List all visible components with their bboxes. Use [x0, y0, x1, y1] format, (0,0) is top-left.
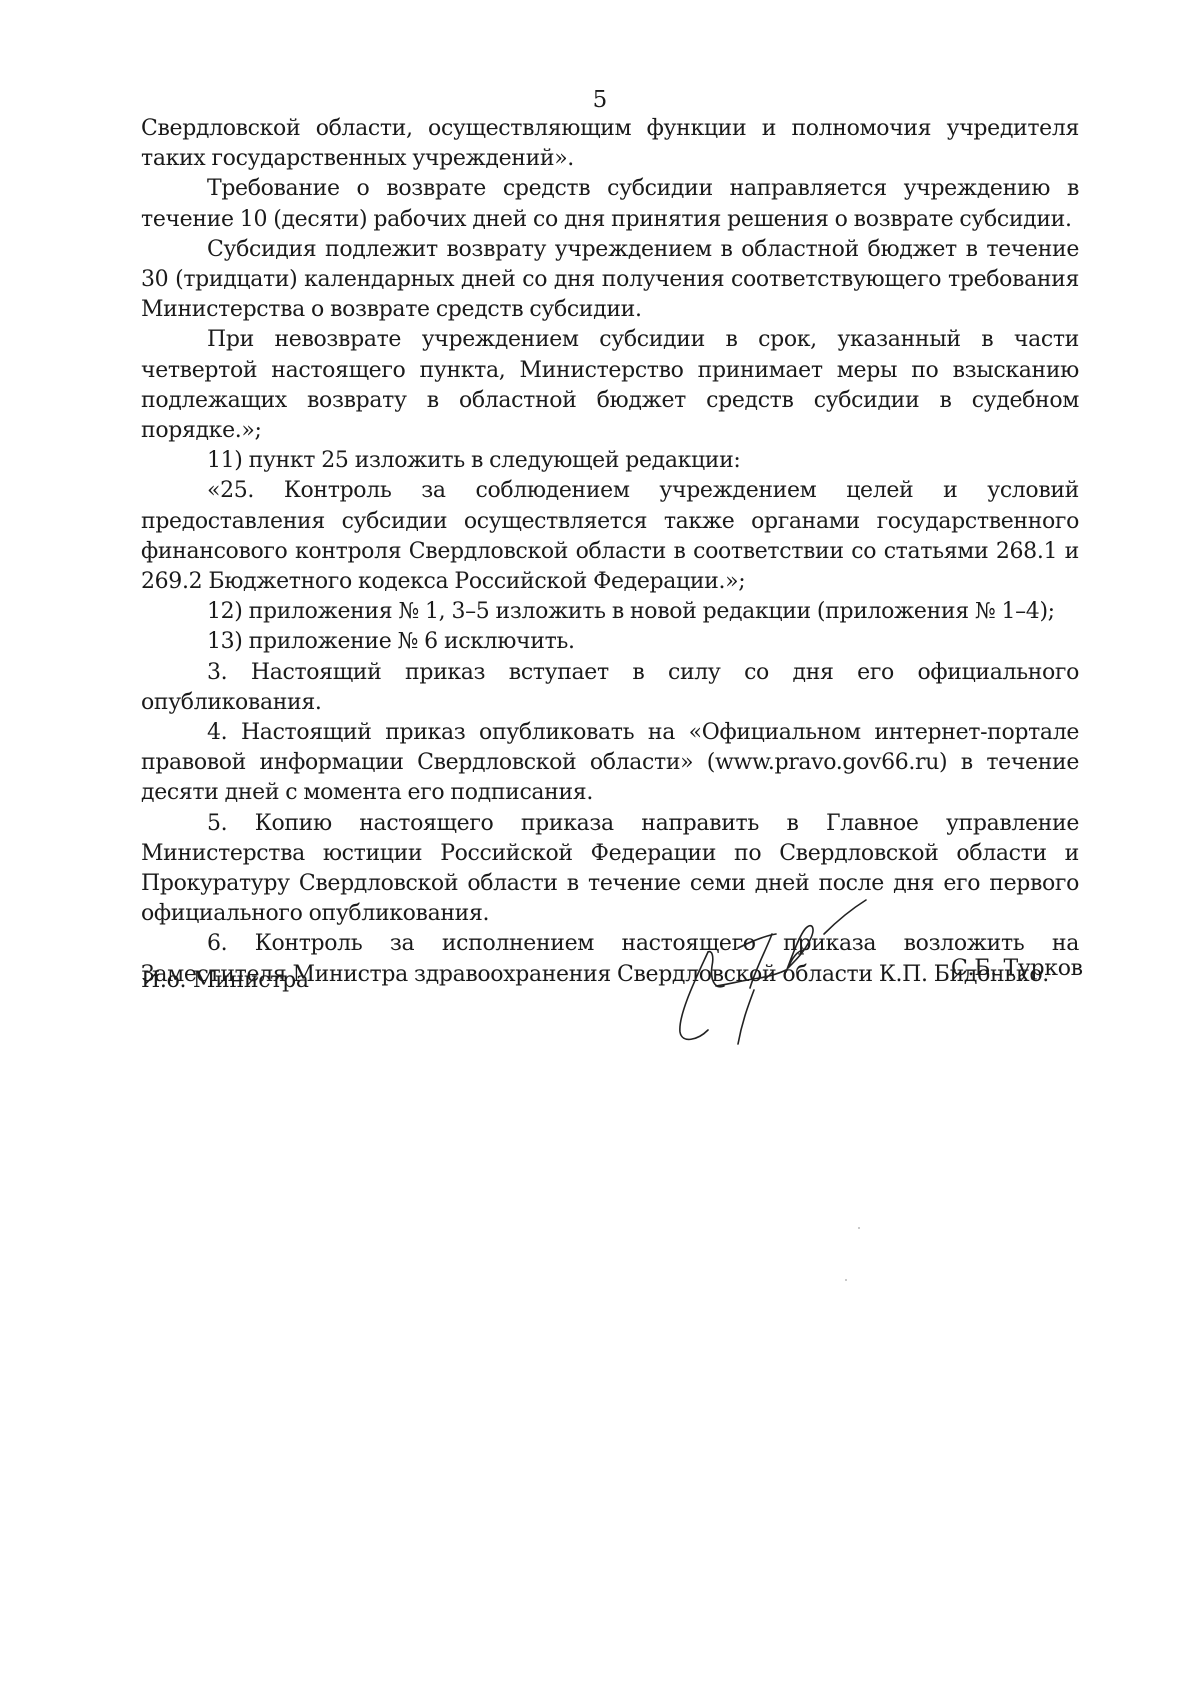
scan-speck [845, 1279, 847, 1281]
paragraph-point-25: «25. Контроль за соблюдением учреждением… [141, 476, 1079, 597]
scan-speck [858, 1227, 860, 1229]
document-page: 5 Свердловской области, осуществляющим ф… [0, 0, 1200, 1696]
paragraph-continuation: Свердловской области, осуществляющим фун… [141, 114, 1079, 174]
paragraph-return-request: Требование о возврате средств субсидии н… [141, 174, 1079, 234]
paragraph-clause-4: 4. Настоящий приказ опубликовать на «Офи… [141, 718, 1079, 809]
paragraph-return-deadline: Субсидия подлежит возврату учреждением в… [141, 235, 1079, 326]
signatory-name: С.Б. Турков [951, 954, 1083, 984]
signatory-position: И.о. Министра [141, 966, 309, 996]
paragraph-non-return: При невозврате учреждением субсидии в ср… [141, 325, 1079, 446]
paragraph-item-11: 11) пункт 25 изложить в следующей редакц… [141, 446, 1079, 476]
paragraph-item-13: 13) приложение № 6 исключить. [141, 627, 1079, 657]
document-body: Свердловской области, осуществляющим фун… [141, 114, 1079, 990]
signature-block: И.о. Министра С.Б. Турков [0, 960, 1200, 1080]
paragraph-item-12: 12) приложения № 1, 3–5 изложить в новой… [141, 597, 1079, 627]
page-number: 5 [0, 86, 1200, 114]
paragraph-clause-3: 3. Настоящий приказ вступает в силу со д… [141, 658, 1079, 718]
paragraph-clause-5: 5. Копию настоящего приказа направить в … [141, 809, 1079, 930]
handwritten-signature-icon [668, 894, 888, 1054]
